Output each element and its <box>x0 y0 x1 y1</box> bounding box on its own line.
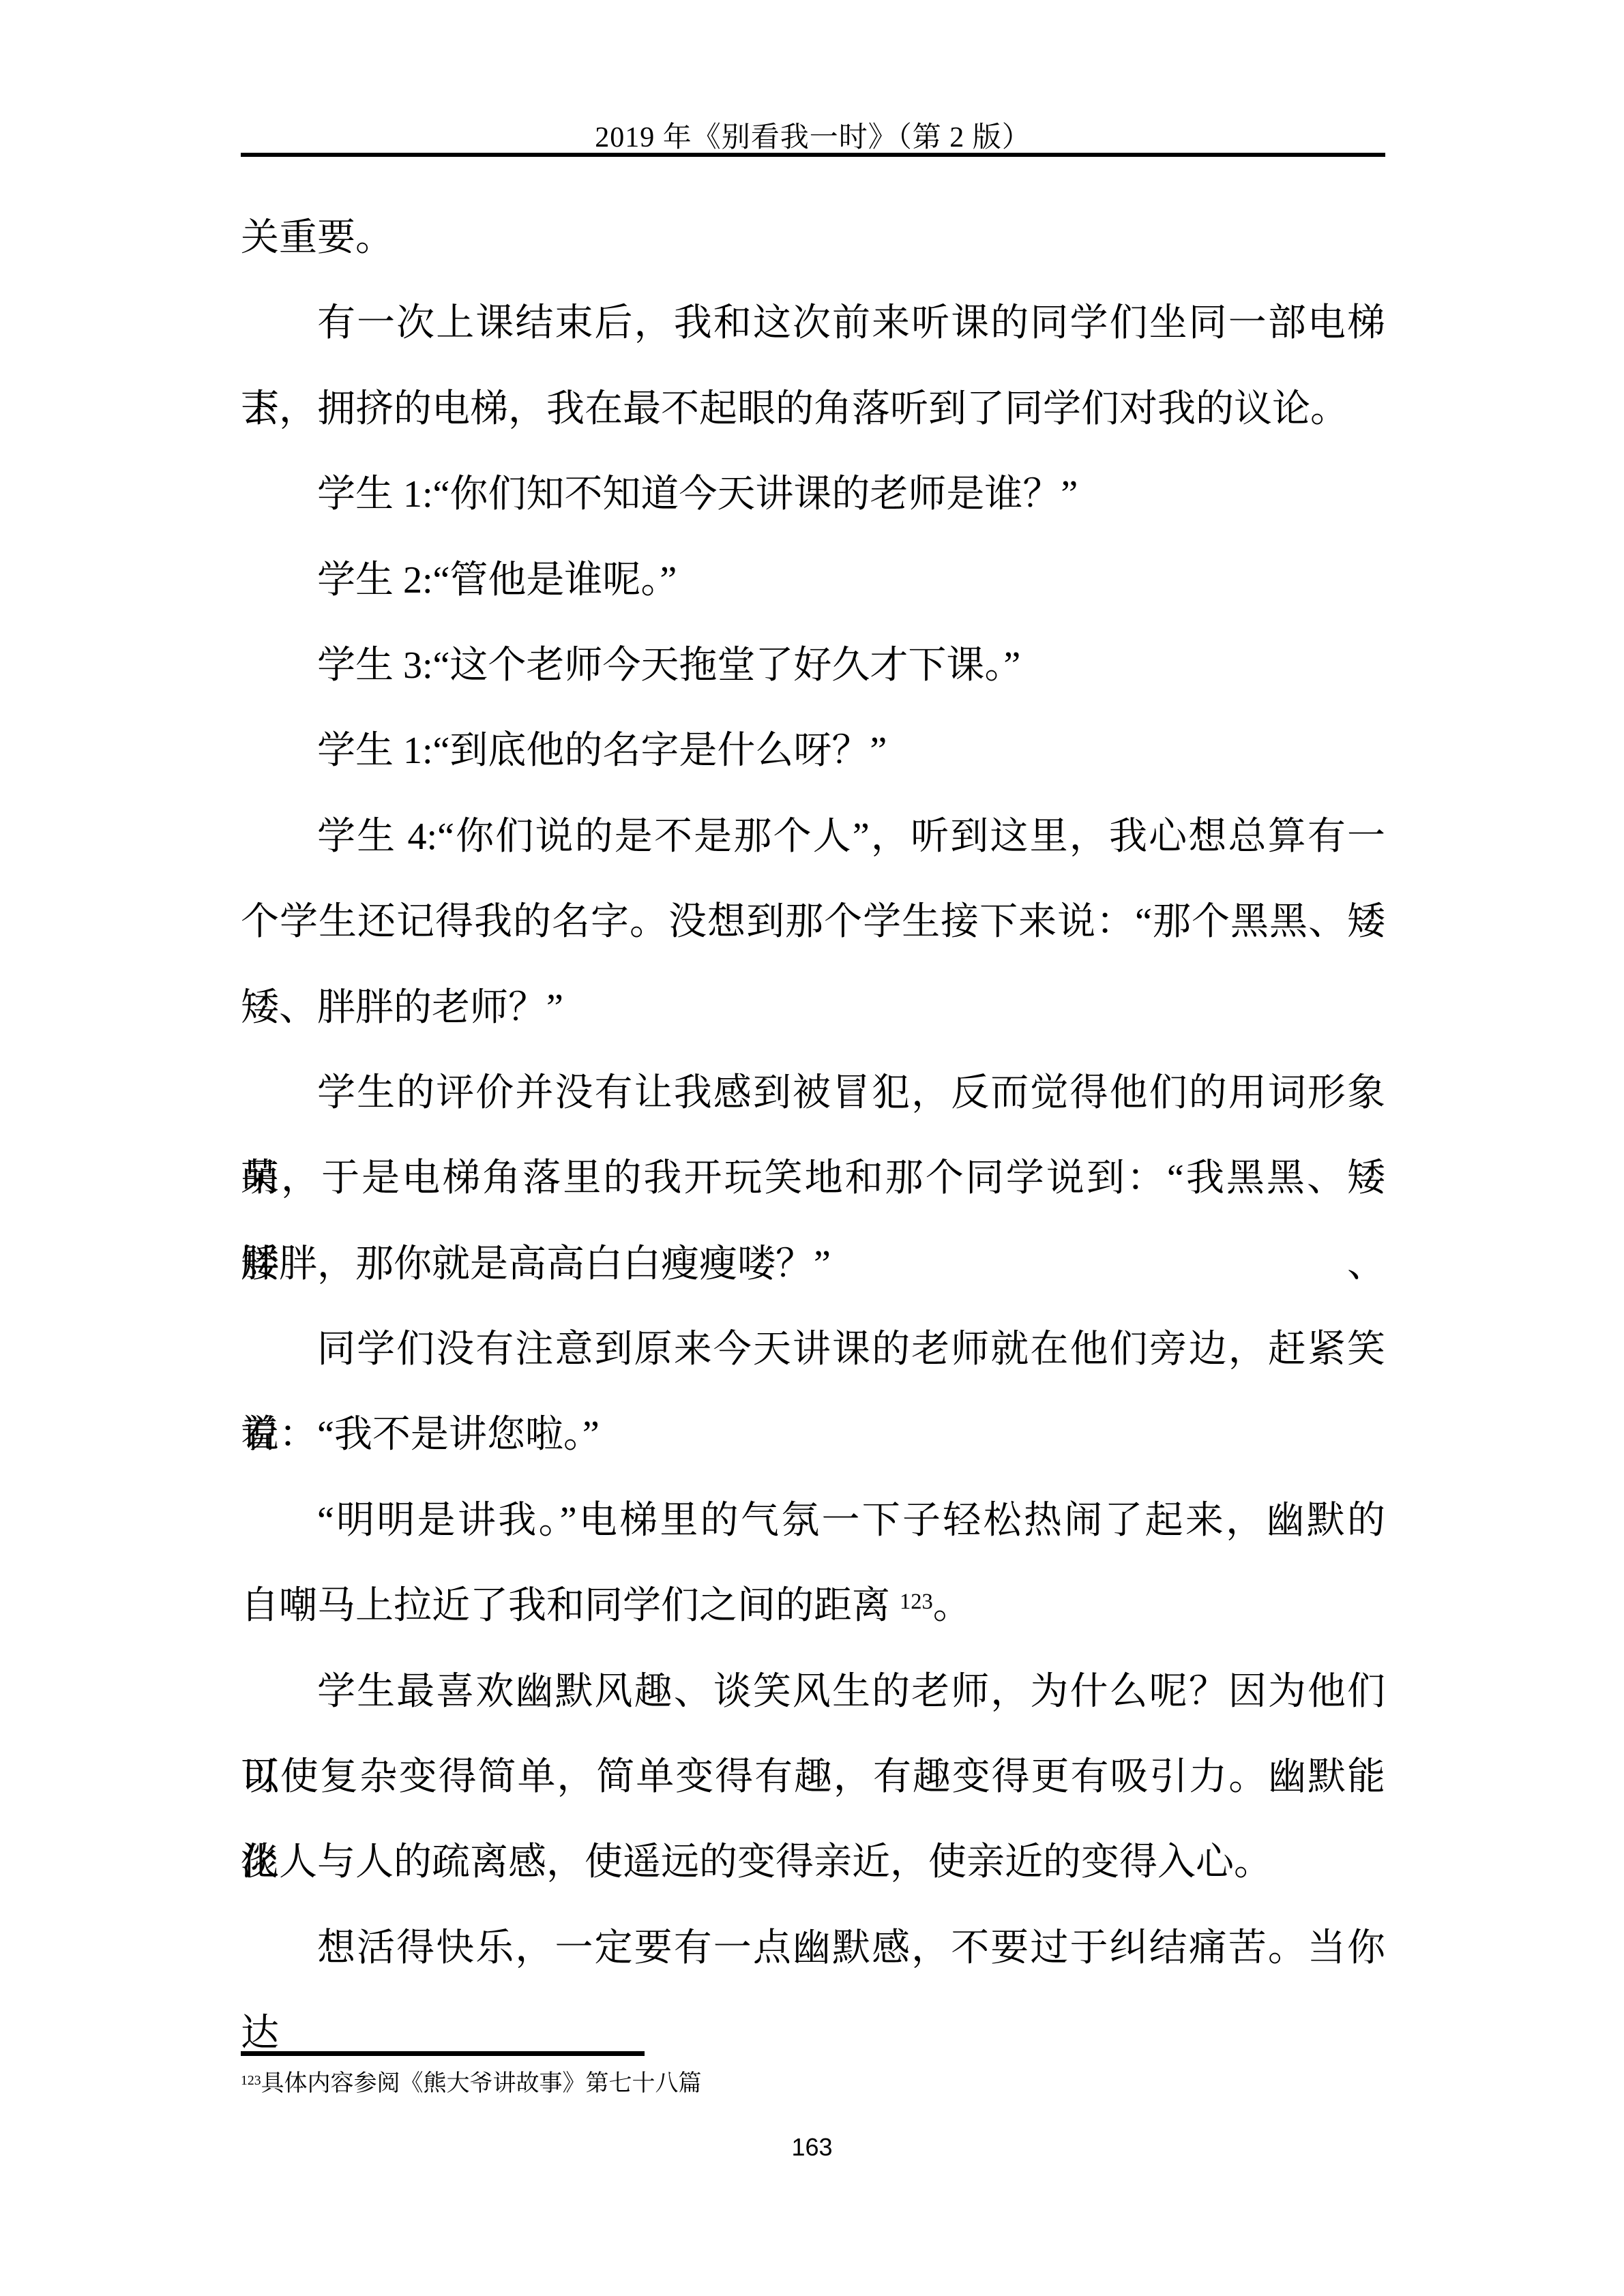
line-text: 说：“我不是讲您啦。” <box>241 1414 600 1456</box>
text-line: 学生 3:“这个老师今天拖堂了好久才下课。” <box>241 623 1385 709</box>
line-text: 学生 1:“到底他的名字是什么呀？” <box>317 730 887 772</box>
text-line: 学生 2:“管他是谁呢。” <box>241 538 1385 623</box>
line-text: 去，拥挤的电梯，我在最不起眼的角落听到了同学们对我的议论。 <box>241 388 1348 430</box>
header-rule <box>241 153 1385 157</box>
footnote-reference: 123 <box>900 1590 933 1614</box>
text-line: “明明是讲我。”电梯里的气氛一下子轻松热闹了起来，幽默的 <box>241 1478 1385 1564</box>
text-line: 说：“我不是讲您啦。” <box>241 1392 1385 1478</box>
text-line: 想活得快乐，一定要有一点幽默感，不要过于纠结痛苦。当你达 <box>241 1906 1385 1991</box>
line-text: 个学生还记得我的名字。没想到那个学生接下来说：“那个黑黑、矮 <box>241 901 1385 943</box>
line-text: 学生 4:“你们说的是不是那个人”，听到这里，我心想总算有一 <box>317 816 1385 858</box>
line-text: 化人与人的疏离感，使遥远的变得亲近，使亲近的变得入心。 <box>241 1841 1272 1883</box>
text-line: 有一次上课结束后，我和这次前来听课的同学们坐同一部电梯下 <box>241 281 1385 366</box>
line-text: 想活得快乐，一定要有一点幽默感，不要过于纠结痛苦。当你达 <box>241 1927 1385 2055</box>
text-line: 以使复杂变得简单，简单变得有趣，有趣变得更有吸引力。幽默能淡 <box>241 1735 1385 1820</box>
text-line: 学生最喜欢幽默风趣、谈笑风生的老师，为什么呢？因为他们可 <box>241 1650 1385 1735</box>
text-line: 矮、胖胖的老师？” <box>241 966 1385 1051</box>
text-line: 自嘲马上拉近了我和同学们之间的距离 123。 <box>241 1564 1385 1649</box>
line-text: “明明是讲我。”电梯里的气氛一下子轻松热闹了起来，幽默的 <box>317 1500 1385 1542</box>
text-line: 学生 4:“你们说的是不是那个人”，听到这里，我心想总算有一 <box>241 794 1385 880</box>
text-line: 同学们没有注意到原来今天讲课的老师就在他们旁边，赶紧笑着 <box>241 1307 1385 1392</box>
footnote: 123具体内容参阅《熊大爷讲故事》第七十八篇 <box>241 2063 1385 2104</box>
text-line: 学生的评价并没有让我感到被冒犯，反而觉得他们的用词形象呆 <box>241 1051 1385 1136</box>
footnote-rule <box>241 2051 645 2056</box>
line-text: 胖胖，那你就是高高白白瘦瘦喽？” <box>241 1243 831 1285</box>
text-line: 萌，于是电梯角落里的我开玩笑地和那个同学说到：“我黑黑、矮矮、 <box>241 1136 1385 1221</box>
document-page: 2019 年《别看我一时》（第 2 版） 关重要。有一次上课结束后，我和这次前来… <box>0 0 1624 2296</box>
page-header: 2019 年《别看我一时》（第 2 版） <box>241 121 1385 154</box>
text-line: 关重要。 <box>241 196 1385 281</box>
line-text: 。 <box>933 1585 971 1627</box>
line-text: 学生 1:“你们知不知道今天讲课的老师是谁？” <box>317 473 1078 516</box>
text-line: 个学生还记得我的名字。没想到那个学生接下来说：“那个黑黑、矮 <box>241 880 1385 965</box>
page-number: 163 <box>0 2133 1624 2162</box>
header-title: 2019 年《别看我一时》（第 2 版） <box>595 122 1031 153</box>
text-line: 学生 1:“到底他的名字是什么呀？” <box>241 709 1385 794</box>
line-text: 学生 2:“管他是谁呢。” <box>317 559 677 601</box>
text-line: 去，拥挤的电梯，我在最不起眼的角落听到了同学们对我的议论。 <box>241 367 1385 452</box>
text-line: 学生 1:“你们知不知道今天讲课的老师是谁？” <box>241 452 1385 537</box>
text-line: 化人与人的疏离感，使遥远的变得亲近，使亲近的变得入心。 <box>241 1820 1385 1905</box>
footnote-marker: 123 <box>241 2073 261 2088</box>
body-text: 关重要。有一次上课结束后，我和这次前来听课的同学们坐同一部电梯下去，拥挤的电梯，… <box>241 196 1385 1991</box>
footnote-text: 具体内容参阅《熊大爷讲故事》第七十八篇 <box>261 2071 702 2096</box>
line-text: 学生 3:“这个老师今天拖堂了好久才下课。” <box>317 644 1020 687</box>
line-text: 自嘲马上拉近了我和同学们之间的距离 <box>241 1585 900 1627</box>
line-text: 关重要。 <box>241 217 394 259</box>
line-text: 矮、胖胖的老师？” <box>241 987 563 1029</box>
